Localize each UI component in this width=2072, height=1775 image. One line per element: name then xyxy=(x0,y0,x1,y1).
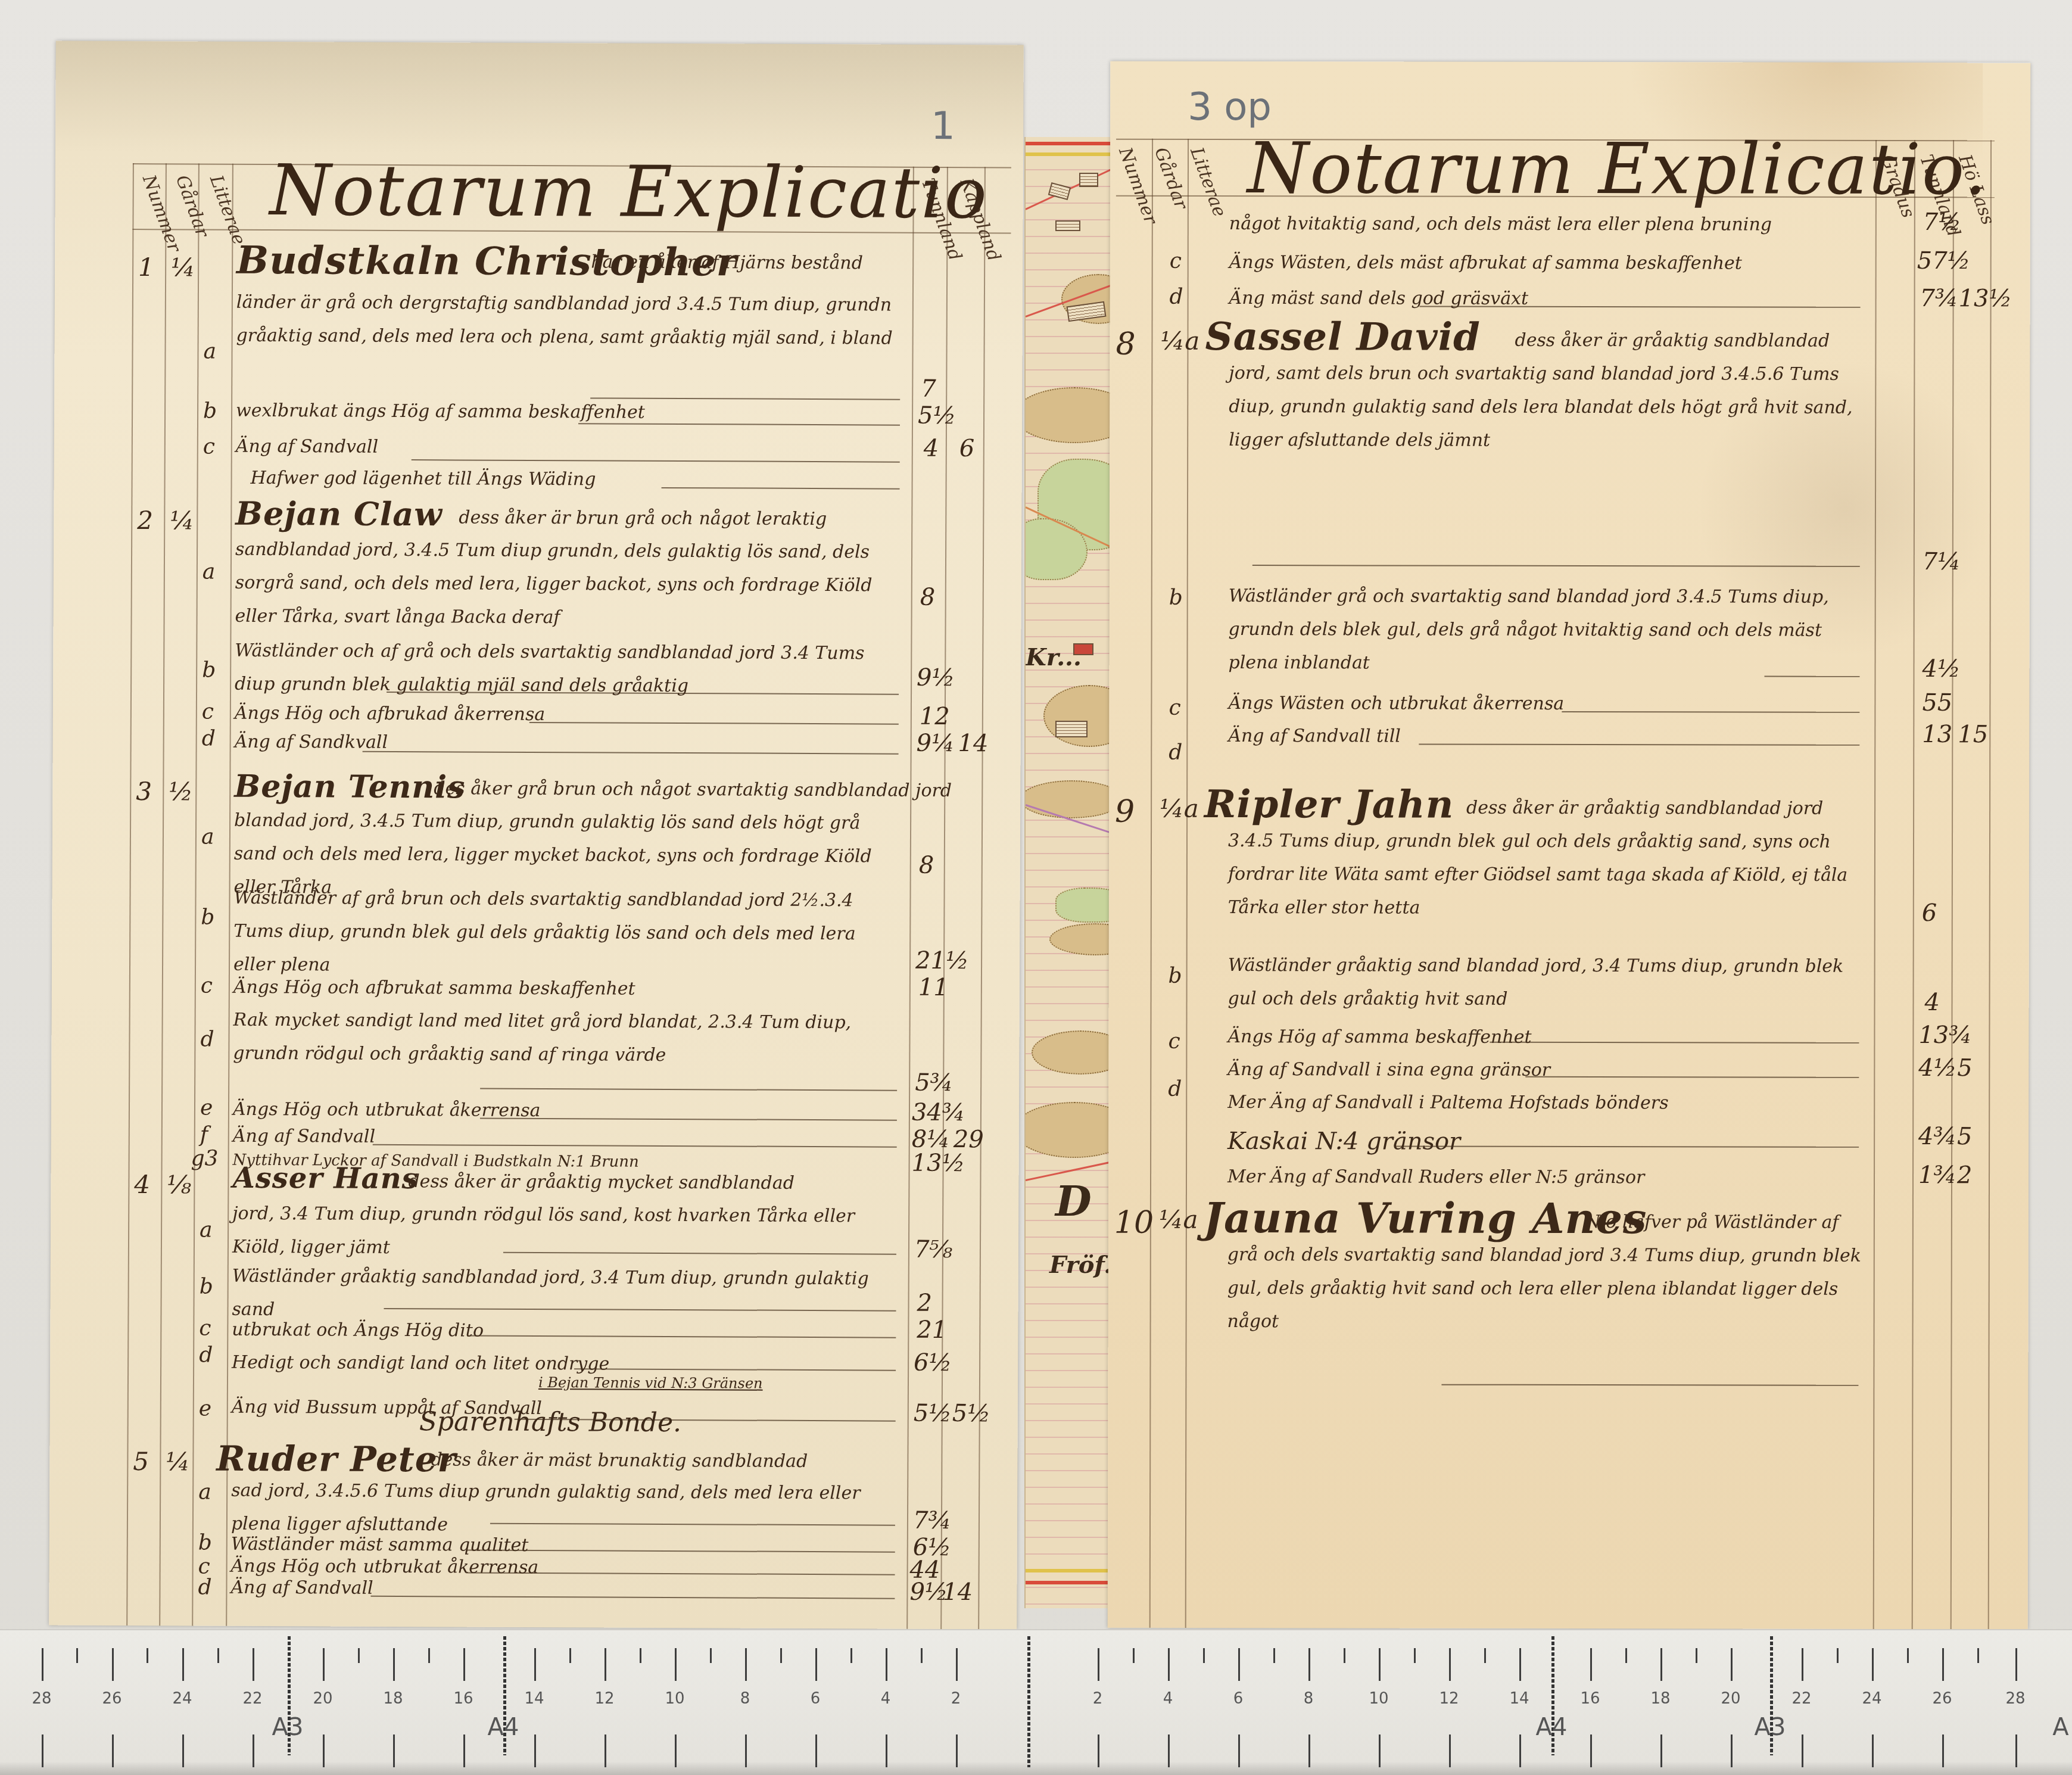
ruler-tick-label: 26 xyxy=(102,1690,121,1708)
ruler-tick xyxy=(815,1648,817,1681)
ruler-tick-label: 22 xyxy=(242,1690,262,1708)
item-text: N:o hafver på Wästländer af grå och dels… xyxy=(1227,1205,1865,1340)
ruler-tick xyxy=(710,1648,712,1663)
tunnland-value: 8 xyxy=(920,584,936,611)
ruler-tick xyxy=(1238,1648,1240,1681)
owner-description: des åker grå brun och något svartaktig s… xyxy=(434,772,952,808)
item-text: dess åker är gråaktig sandblandad jord 3… xyxy=(1228,791,1865,926)
ledger-entry-3: 3 ½ Bejan Tennis des åker grå brun och n… xyxy=(52,770,1020,774)
tunnland-value: 6½ xyxy=(914,1349,952,1377)
ruler-center-mark xyxy=(1027,1636,1030,1767)
paper-size-label: A3 xyxy=(272,1714,304,1741)
ruler-tick xyxy=(1872,1734,1874,1767)
hay-value: 5 xyxy=(1957,1054,1973,1082)
item-letter: c xyxy=(1170,249,1182,273)
row-rule xyxy=(1441,1384,1858,1386)
ruler-tick-label: 24 xyxy=(1862,1690,1881,1708)
hay-value: 6 xyxy=(959,435,975,462)
tunnland-value: 7½ xyxy=(1923,208,1961,236)
item-text: Wästländer af grå brun och dels svartakt… xyxy=(233,882,901,985)
map-meadow xyxy=(1055,887,1115,923)
owner-name: Bejan Tennis xyxy=(234,768,465,806)
item-letter: c xyxy=(1169,696,1180,720)
tunnland-value: 1¾ xyxy=(1918,1161,1956,1189)
ruler-tick xyxy=(1379,1734,1381,1767)
item-letter: b xyxy=(200,1275,213,1299)
ledger-entry-8: 8 ¼a Sassel David dess åker är gråaktig … xyxy=(1110,323,2030,325)
entry-share: ½ xyxy=(169,777,193,806)
ruler-tick xyxy=(1449,1648,1451,1681)
ruler-tick-label: 14 xyxy=(1509,1690,1529,1708)
ruler-tick xyxy=(1942,1648,1944,1681)
ruler-tick xyxy=(1098,1648,1099,1681)
row-rule xyxy=(467,1335,896,1338)
tunnland-value: 4¾ xyxy=(1918,1123,1956,1150)
ruler-tick-label: 4 xyxy=(881,1690,891,1708)
item-letter: a xyxy=(202,560,216,584)
paper-size-label: A4 xyxy=(1536,1714,1568,1741)
ruler-tick-label: 2 xyxy=(951,1690,961,1708)
item-letter: d xyxy=(1170,285,1183,309)
ruler-tick xyxy=(1731,1734,1733,1767)
item-text: Kaskai N:4 gränsor xyxy=(1227,1125,1460,1159)
item-letter: a xyxy=(201,825,214,849)
ruler-tick-label: 10 xyxy=(1369,1690,1388,1708)
item-letter: g3 xyxy=(191,1146,219,1170)
row-rule xyxy=(480,1118,897,1121)
paper-size-label: A xyxy=(2052,1714,2068,1741)
ruler-tick xyxy=(1379,1648,1381,1681)
row-rule xyxy=(1394,1145,1859,1147)
item-letter: d xyxy=(200,1027,214,1052)
pencil-page-number: 3 op xyxy=(1188,85,1272,129)
item-text: sandblandad jord, 3.4.5 Tum diup grundn,… xyxy=(235,533,902,636)
item-letter: e xyxy=(200,1096,213,1120)
row-rule xyxy=(529,722,899,725)
ruler-tick xyxy=(1344,1648,1345,1663)
ruler-tick xyxy=(1802,1648,1803,1681)
entry-share: ¼ xyxy=(171,253,195,282)
ruler-tick xyxy=(675,1734,677,1767)
ruler-tick-label: 12 xyxy=(1439,1690,1459,1708)
ruler-tick xyxy=(780,1648,782,1663)
column-header: Litterae xyxy=(1186,145,1230,220)
col-rule xyxy=(159,163,167,1625)
ruler-tick xyxy=(1203,1648,1205,1663)
tunnland-value: 5½ xyxy=(914,1400,952,1427)
item-text: Rak mycket sandigt land med litet grå jo… xyxy=(233,1004,900,1073)
item-letter: e xyxy=(199,1397,211,1421)
tunnland-value: 9½ xyxy=(917,664,955,692)
ruler-tick xyxy=(2015,1734,2017,1767)
ruler-tick xyxy=(1696,1648,1697,1663)
hay-value: 2 xyxy=(1957,1161,1973,1189)
tunnland-value: 4½ xyxy=(1922,655,1960,683)
ruler-tick xyxy=(217,1648,219,1663)
entry-share: ⅛ xyxy=(167,1170,191,1199)
ruler-tick xyxy=(182,1648,184,1681)
item-text: Äng af Sandkvall xyxy=(235,725,388,759)
ruler-tick xyxy=(112,1648,114,1681)
map-field xyxy=(1024,780,1115,818)
ruler-tick xyxy=(886,1648,887,1681)
tunnland-value: 5¾ xyxy=(915,1069,953,1097)
ruler-tick xyxy=(850,1648,852,1663)
ruler-tick-label: 6 xyxy=(1233,1690,1244,1708)
item-text: utbrukat och Ängs Hög dito xyxy=(232,1313,484,1348)
ruler-tick xyxy=(1414,1648,1416,1663)
ruler-tick xyxy=(1133,1648,1135,1663)
tunnland-value: 13½ xyxy=(912,1150,965,1177)
right-page: 3 op Nummer Gårdar Litterae Gradus Tunnl… xyxy=(1108,61,2031,1630)
ruler-tick-label: 8 xyxy=(1304,1690,1314,1708)
owner-name: Asser Hans xyxy=(232,1161,418,1195)
ruler-tick-label: 16 xyxy=(1580,1690,1600,1708)
ruler-tick-label: 12 xyxy=(594,1690,614,1708)
margin-annotation: i Bejan Tennis vid N:3 Gränsen xyxy=(538,1374,763,1392)
tunnland-value: 6 xyxy=(1922,899,1937,927)
tunnland-value: 12 xyxy=(920,703,950,730)
ruler-tick xyxy=(112,1734,114,1767)
tunnland-value: 4 xyxy=(924,435,939,462)
item-letter: b xyxy=(201,905,214,930)
paper-size-label: A4 xyxy=(488,1714,519,1741)
ruler-tick xyxy=(605,1734,606,1767)
page-title: Notarum Explicatio xyxy=(269,149,988,234)
entry-number: 8 xyxy=(1116,326,1135,362)
item-letter: c xyxy=(202,700,214,724)
row-rule xyxy=(574,1368,896,1371)
map-field xyxy=(1024,1102,1115,1158)
ruler-tick xyxy=(534,1734,536,1767)
row-rule xyxy=(1252,565,1860,567)
ruler-tick xyxy=(1168,1648,1170,1681)
ruler-tick xyxy=(358,1648,360,1663)
map-building xyxy=(1055,721,1088,737)
item-letter: b xyxy=(1169,586,1183,610)
item-text: Ängs Wästen och utbrukat åkerrensa xyxy=(1228,687,1564,721)
item-text: Mer Äng af Sandvall Ruders eller N:5 grä… xyxy=(1227,1160,1644,1194)
map-border-yellow xyxy=(1026,152,1115,156)
entry-share: ¼a xyxy=(1160,326,1199,356)
map-field xyxy=(1043,685,1115,747)
ruler-tick xyxy=(1872,1648,1874,1681)
col-rule xyxy=(1149,139,1153,1628)
ruler-tick xyxy=(745,1648,747,1681)
ruler-tick xyxy=(1484,1648,1486,1663)
item-text: länder är grå och dergrstaftig sandbland… xyxy=(236,286,903,356)
ruler-tick-label: 20 xyxy=(313,1690,332,1708)
tunnland-value: 7⅝ xyxy=(914,1236,952,1263)
ruler-tick-label: 18 xyxy=(1650,1690,1670,1708)
item-text: Äng af Sandvall xyxy=(236,430,378,464)
item-letter: b xyxy=(202,658,216,683)
entry-number: 10 xyxy=(1114,1205,1154,1241)
item-text: jord, 3.4 Tum diup, grundn rödgul lös sa… xyxy=(232,1197,899,1267)
ruler-tick xyxy=(1168,1734,1170,1767)
tunnland-value: 11 xyxy=(918,974,949,1001)
row-rule xyxy=(1419,744,1859,746)
ruler-tick xyxy=(463,1734,465,1767)
map-border-red xyxy=(1026,1581,1115,1584)
tunnland-value: 2 xyxy=(917,1290,932,1317)
owner-description: dess åker är gråaktig mycket sandblandad xyxy=(408,1165,794,1200)
ruler-tick xyxy=(1977,1648,1979,1663)
row-rule xyxy=(370,1596,895,1599)
ruler-tick-label: 10 xyxy=(665,1690,684,1708)
ruler-tick-label: 24 xyxy=(172,1690,192,1708)
ruler-tick xyxy=(253,1734,254,1767)
item-text: Äng af Sandvall xyxy=(230,1571,373,1605)
tunnland-value: 13 xyxy=(1922,721,1952,748)
map-label: Fröf... xyxy=(1049,1251,1115,1279)
ruler-tick xyxy=(1590,1734,1592,1767)
ruler-tick xyxy=(675,1648,677,1681)
ruler-tick xyxy=(393,1648,395,1681)
ledger-entry-1: 1 ¼ Budstkaln Christopher har en åker af… xyxy=(55,237,1023,241)
ruler-tick xyxy=(182,1734,184,1767)
ruler-tick xyxy=(1519,1648,1521,1681)
ruler-tick xyxy=(1519,1734,1521,1767)
ledger-entry-2: 2 ¼ Bejan Claw dess åker är brun grå och… xyxy=(54,499,1021,503)
tunnland-value: 55 xyxy=(1922,689,1952,717)
entry-number: 5 xyxy=(133,1447,149,1476)
ruler-tick xyxy=(1625,1648,1627,1663)
paper-size-label: A3 xyxy=(1755,1714,1786,1741)
ruler-tick xyxy=(745,1734,747,1767)
tunnland-value: 7¾ xyxy=(1920,285,1958,312)
item-letter: c xyxy=(203,435,215,459)
ruler-tick xyxy=(2015,1648,2017,1681)
ruler-tick-label: 14 xyxy=(524,1690,544,1708)
item-text: Äng af Sandvall i sina egna gränsor xyxy=(1227,1053,1550,1087)
ruler-tick xyxy=(1449,1734,1451,1767)
hay-value: 14 xyxy=(958,730,989,757)
entry-number: 2 xyxy=(137,506,153,535)
map-building xyxy=(1079,173,1098,187)
ruler-tick-label: 8 xyxy=(740,1690,750,1708)
tunnland-value: 9¼ xyxy=(917,730,955,757)
tunnland-value: 7¾ xyxy=(913,1507,951,1534)
map-field xyxy=(1032,1030,1115,1075)
ledger-entry-9: 9 ¼a Ripler Jahn dess åker är gråaktig s… xyxy=(1109,791,2029,793)
item-text: något hvitaktig sand, och dels mäst lera… xyxy=(1229,207,1772,242)
item-letter: d xyxy=(1168,1077,1182,1101)
entry-share: ¼ xyxy=(166,1447,190,1476)
item-letter: a xyxy=(203,340,216,364)
ruler-tick xyxy=(1238,1734,1240,1767)
tunnland-value: 4 xyxy=(1925,989,1940,1016)
entry-number: 1 xyxy=(138,253,154,282)
item-letter: c xyxy=(199,1316,211,1341)
ruler-tick xyxy=(1942,1734,1944,1767)
item-letter: b xyxy=(1169,964,1182,988)
ruler-tick xyxy=(463,1648,465,1681)
ruler-tick xyxy=(1308,1734,1310,1767)
map-building xyxy=(1055,220,1080,231)
left-page: 1 Nummer Gårdar Litterae Tunnland Kappla… xyxy=(49,41,1024,1629)
ruler-tick xyxy=(147,1648,148,1663)
hay-value: 5 xyxy=(1957,1123,1973,1150)
entry-number: 4 xyxy=(134,1170,150,1199)
map-strip: Kr... D Fröf... xyxy=(1024,137,1115,1608)
tunnland-value: 57½ xyxy=(1917,247,1971,275)
hay-value: 13½ xyxy=(1959,285,2012,312)
item-text: Ängs Hög och afbrukat samma beskaffenhet xyxy=(233,971,635,1006)
ruler-tick xyxy=(1907,1648,1909,1663)
map-border-yellow xyxy=(1026,1569,1115,1572)
hay-value: 5½ xyxy=(952,1400,990,1427)
row-rule xyxy=(662,487,900,490)
map-church xyxy=(1073,643,1093,655)
item-letter: d xyxy=(202,727,216,751)
row-rule xyxy=(1525,1076,1859,1078)
ruler-tick xyxy=(1731,1648,1733,1681)
map-field xyxy=(1024,387,1115,443)
ruler-tick xyxy=(921,1648,923,1663)
ruler-tick xyxy=(640,1648,641,1663)
item-text: Äng af Sandvall till xyxy=(1228,720,1401,753)
tunnland-value: 13¾ xyxy=(1918,1022,1972,1049)
ruler-tick-label: 6 xyxy=(811,1690,821,1708)
ruler-tick xyxy=(1273,1648,1275,1663)
map-border-red xyxy=(1026,142,1115,145)
ruler-tick-label: 22 xyxy=(1791,1690,1811,1708)
item-text: Hafwer god lägenhet till Ängs Wäding xyxy=(250,462,596,497)
ruler-tick xyxy=(1802,1734,1803,1767)
ruler-tick xyxy=(393,1734,395,1767)
ruler-tick xyxy=(323,1734,325,1767)
tunnland-value: 34¾ xyxy=(912,1099,965,1126)
item-text: Wästländer grå och svartaktig sand bland… xyxy=(1228,580,1865,681)
ruler-tick xyxy=(886,1734,887,1767)
item-letter: d xyxy=(1169,740,1182,765)
ruler-tick xyxy=(605,1648,606,1681)
ruler-tick xyxy=(1660,1734,1662,1767)
map-field xyxy=(1049,923,1115,955)
item-letter: c xyxy=(201,974,213,998)
col-rule xyxy=(126,163,134,1625)
item-letter: f xyxy=(200,1123,208,1147)
map-label: D xyxy=(1055,1176,1092,1226)
ruler-tick xyxy=(253,1648,254,1681)
item-letter: d xyxy=(199,1343,213,1368)
ruler-tick-label: 26 xyxy=(1932,1690,1952,1708)
ruler-tick-label: 4 xyxy=(1163,1690,1173,1708)
tunnland-value: 21 xyxy=(917,1316,947,1344)
tunnland-value: 21½ xyxy=(915,947,969,974)
owner-description: dess åker är mäst brunaktig sandblandad xyxy=(431,1443,808,1478)
entry-number: 3 xyxy=(136,777,152,806)
column-header: Litterae xyxy=(205,173,250,248)
item-letter: a xyxy=(200,1218,213,1242)
ruler-tick-label: 20 xyxy=(1721,1690,1740,1708)
owner-name: Bejan Claw xyxy=(235,494,443,534)
item-letter: d xyxy=(198,1575,211,1600)
item-text: Äng mäst sand dels god gräsväxt xyxy=(1229,282,1529,316)
entry-share: ¼ xyxy=(170,506,194,535)
col-rule xyxy=(1185,139,1189,1628)
entry-share: ¼a xyxy=(1159,1205,1198,1234)
row-rule xyxy=(480,1088,897,1091)
column-header: Gårdar xyxy=(1150,145,1192,212)
ruler-tick xyxy=(534,1648,536,1681)
entry-number: 9 xyxy=(1115,794,1135,830)
item-letter: a xyxy=(198,1480,211,1505)
item-letter: b xyxy=(198,1531,212,1555)
ruler-tick xyxy=(42,1734,43,1767)
item-letter: b xyxy=(203,399,217,423)
ruler-tick xyxy=(1308,1648,1310,1681)
tunnland-value: 5½ xyxy=(918,402,956,429)
tunnland-value: 8 xyxy=(919,852,934,879)
page-title: Notarum Explicatio. xyxy=(1247,127,1988,210)
row-rule xyxy=(1562,711,1859,713)
ruler-tick-label: 18 xyxy=(383,1690,403,1708)
ruler-tick xyxy=(1837,1648,1839,1663)
hay-value: 15 xyxy=(1958,721,1988,748)
ruler-tick-label: 2 xyxy=(1093,1690,1103,1708)
item-text: Ängs Wästen, dels mäst afbrukat af samma… xyxy=(1229,246,1742,281)
ruler-tick xyxy=(815,1734,817,1767)
item-text: Wästländer gråaktig sand blandad jord, 3… xyxy=(1228,949,1865,1017)
ruler-tick xyxy=(569,1648,571,1663)
section-heading: Sparenhafts Bonde. xyxy=(419,1406,682,1438)
tunnland-value: 7 xyxy=(921,375,936,403)
ruler-tick xyxy=(956,1734,958,1767)
item-text: Ängs Hög af samma beskaffenhet xyxy=(1227,1020,1531,1054)
map-boundary-line xyxy=(1025,161,1115,210)
owner-description: har en åker af Hjärns bestånd xyxy=(591,245,863,280)
pencil-page-number: 1 xyxy=(931,104,955,148)
ruler-tick xyxy=(428,1648,430,1663)
ruler-tick-label: 16 xyxy=(453,1690,473,1708)
row-rule xyxy=(363,751,899,755)
item-text: dess åker är gråaktig sandblandad jord, … xyxy=(1229,323,1866,458)
ruler-tick-label: 28 xyxy=(32,1690,51,1708)
ruler-tick xyxy=(1098,1734,1099,1767)
ledger-entry-10: 10 ¼a Jauna Vuring Anes N:o hafver på Wä… xyxy=(1108,1199,2029,1201)
ruler-tick xyxy=(1660,1648,1662,1681)
item-letter: c xyxy=(1168,1029,1180,1054)
ruler-tick-label: 28 xyxy=(2005,1690,2025,1708)
ruler-tick xyxy=(42,1648,43,1681)
scale-ruler: 28 26 24 22 A3 20 18 16 A4 14 12 10 8 6 … xyxy=(0,1629,2072,1775)
tunnland-value: 4½ xyxy=(1918,1054,1956,1082)
tunnland-value: 7¼ xyxy=(1923,548,1961,575)
ruler-tick xyxy=(76,1648,78,1663)
row-rule xyxy=(1764,676,1859,677)
ruler-tick xyxy=(956,1648,958,1681)
row-rule xyxy=(1490,1042,1859,1044)
item-text: Mer Äng af Sandvall i Paltema Hofstads b… xyxy=(1227,1086,1668,1120)
owner-description: dess åker är brun grå och något leraktig xyxy=(459,501,827,536)
ruler-tick xyxy=(1590,1648,1592,1681)
entry-share: ¼a xyxy=(1160,794,1199,823)
ruler-tick xyxy=(323,1648,325,1681)
hay-value: 14 xyxy=(942,1578,973,1606)
